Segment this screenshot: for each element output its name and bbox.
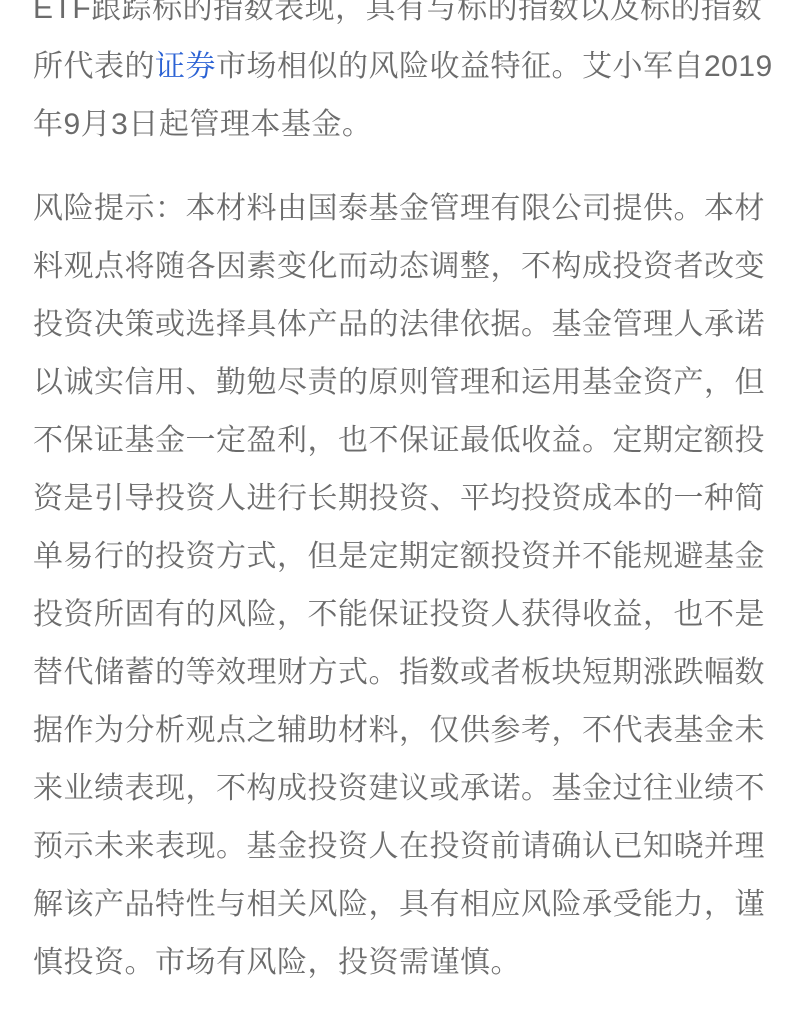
text-line: 来业绩表现，不构成投资建议或承诺。基金过往业绩不 bbox=[33, 760, 771, 818]
securities-link[interactable]: 证券 bbox=[155, 50, 216, 83]
text-line: 解该产品特性与相关风险，具有相应风险承受能力，谨 bbox=[33, 876, 771, 934]
text-line: 年9月3日起管理本基金。 bbox=[33, 96, 771, 154]
text-line: 以诚实信用、勤勉尽责的原则管理和运用基金资产，但 bbox=[33, 354, 771, 412]
text-line: ETF跟踪标的指数表现，具有与标的指数以及标的指数 bbox=[33, 0, 771, 38]
text-line: 预示未来表现。基金投资人在投资前请确认已知晓并理 bbox=[33, 818, 771, 876]
text-line: 慎投资。市场有风险，投资需谨慎。 bbox=[33, 934, 771, 992]
text-line: 替代储蓄的等效理财方式。指数或者板块短期涨跌幅数 bbox=[33, 644, 771, 702]
article-body: ETF跟踪标的指数表现，具有与标的指数以及标的指数 所代表的证券市场相似的风险收… bbox=[0, 0, 804, 992]
text-line: 据作为分析观点之辅助材料，仅供参考，不代表基金未 bbox=[33, 702, 771, 760]
text-segment: 市场相似的风险收益特征。艾小军自2019 bbox=[216, 50, 773, 83]
text-line: 所代表的证券市场相似的风险收益特征。艾小军自2019 bbox=[33, 38, 771, 96]
text-line: 资是引导投资人进行长期投资、平均投资成本的一种简 bbox=[33, 470, 771, 528]
text-line: 投资所固有的风险，不能保证投资人获得收益，也不是 bbox=[33, 586, 771, 644]
text-line: 投资决策或选择具体产品的法律依据。基金管理人承诺 bbox=[33, 296, 771, 354]
text-line: 单易行的投资方式，但是定期定额投资并不能规避基金 bbox=[33, 528, 771, 586]
text-line: 料观点将随各因素变化而动态调整，不构成投资者改变 bbox=[33, 238, 771, 296]
paragraph-risk-notice: 风险提示：本材料由国泰基金管理有限公司提供。本材 料观点将随各因素变化而动态调整… bbox=[33, 180, 771, 992]
text-line: 不保证基金一定盈利，也不保证最低收益。定期定额投 bbox=[33, 412, 771, 470]
text-line: 风险提示：本材料由国泰基金管理有限公司提供。本材 bbox=[33, 180, 771, 238]
paragraph-intro: ETF跟踪标的指数表现，具有与标的指数以及标的指数 所代表的证券市场相似的风险收… bbox=[33, 0, 771, 154]
text-segment: 所代表的 bbox=[33, 50, 155, 83]
